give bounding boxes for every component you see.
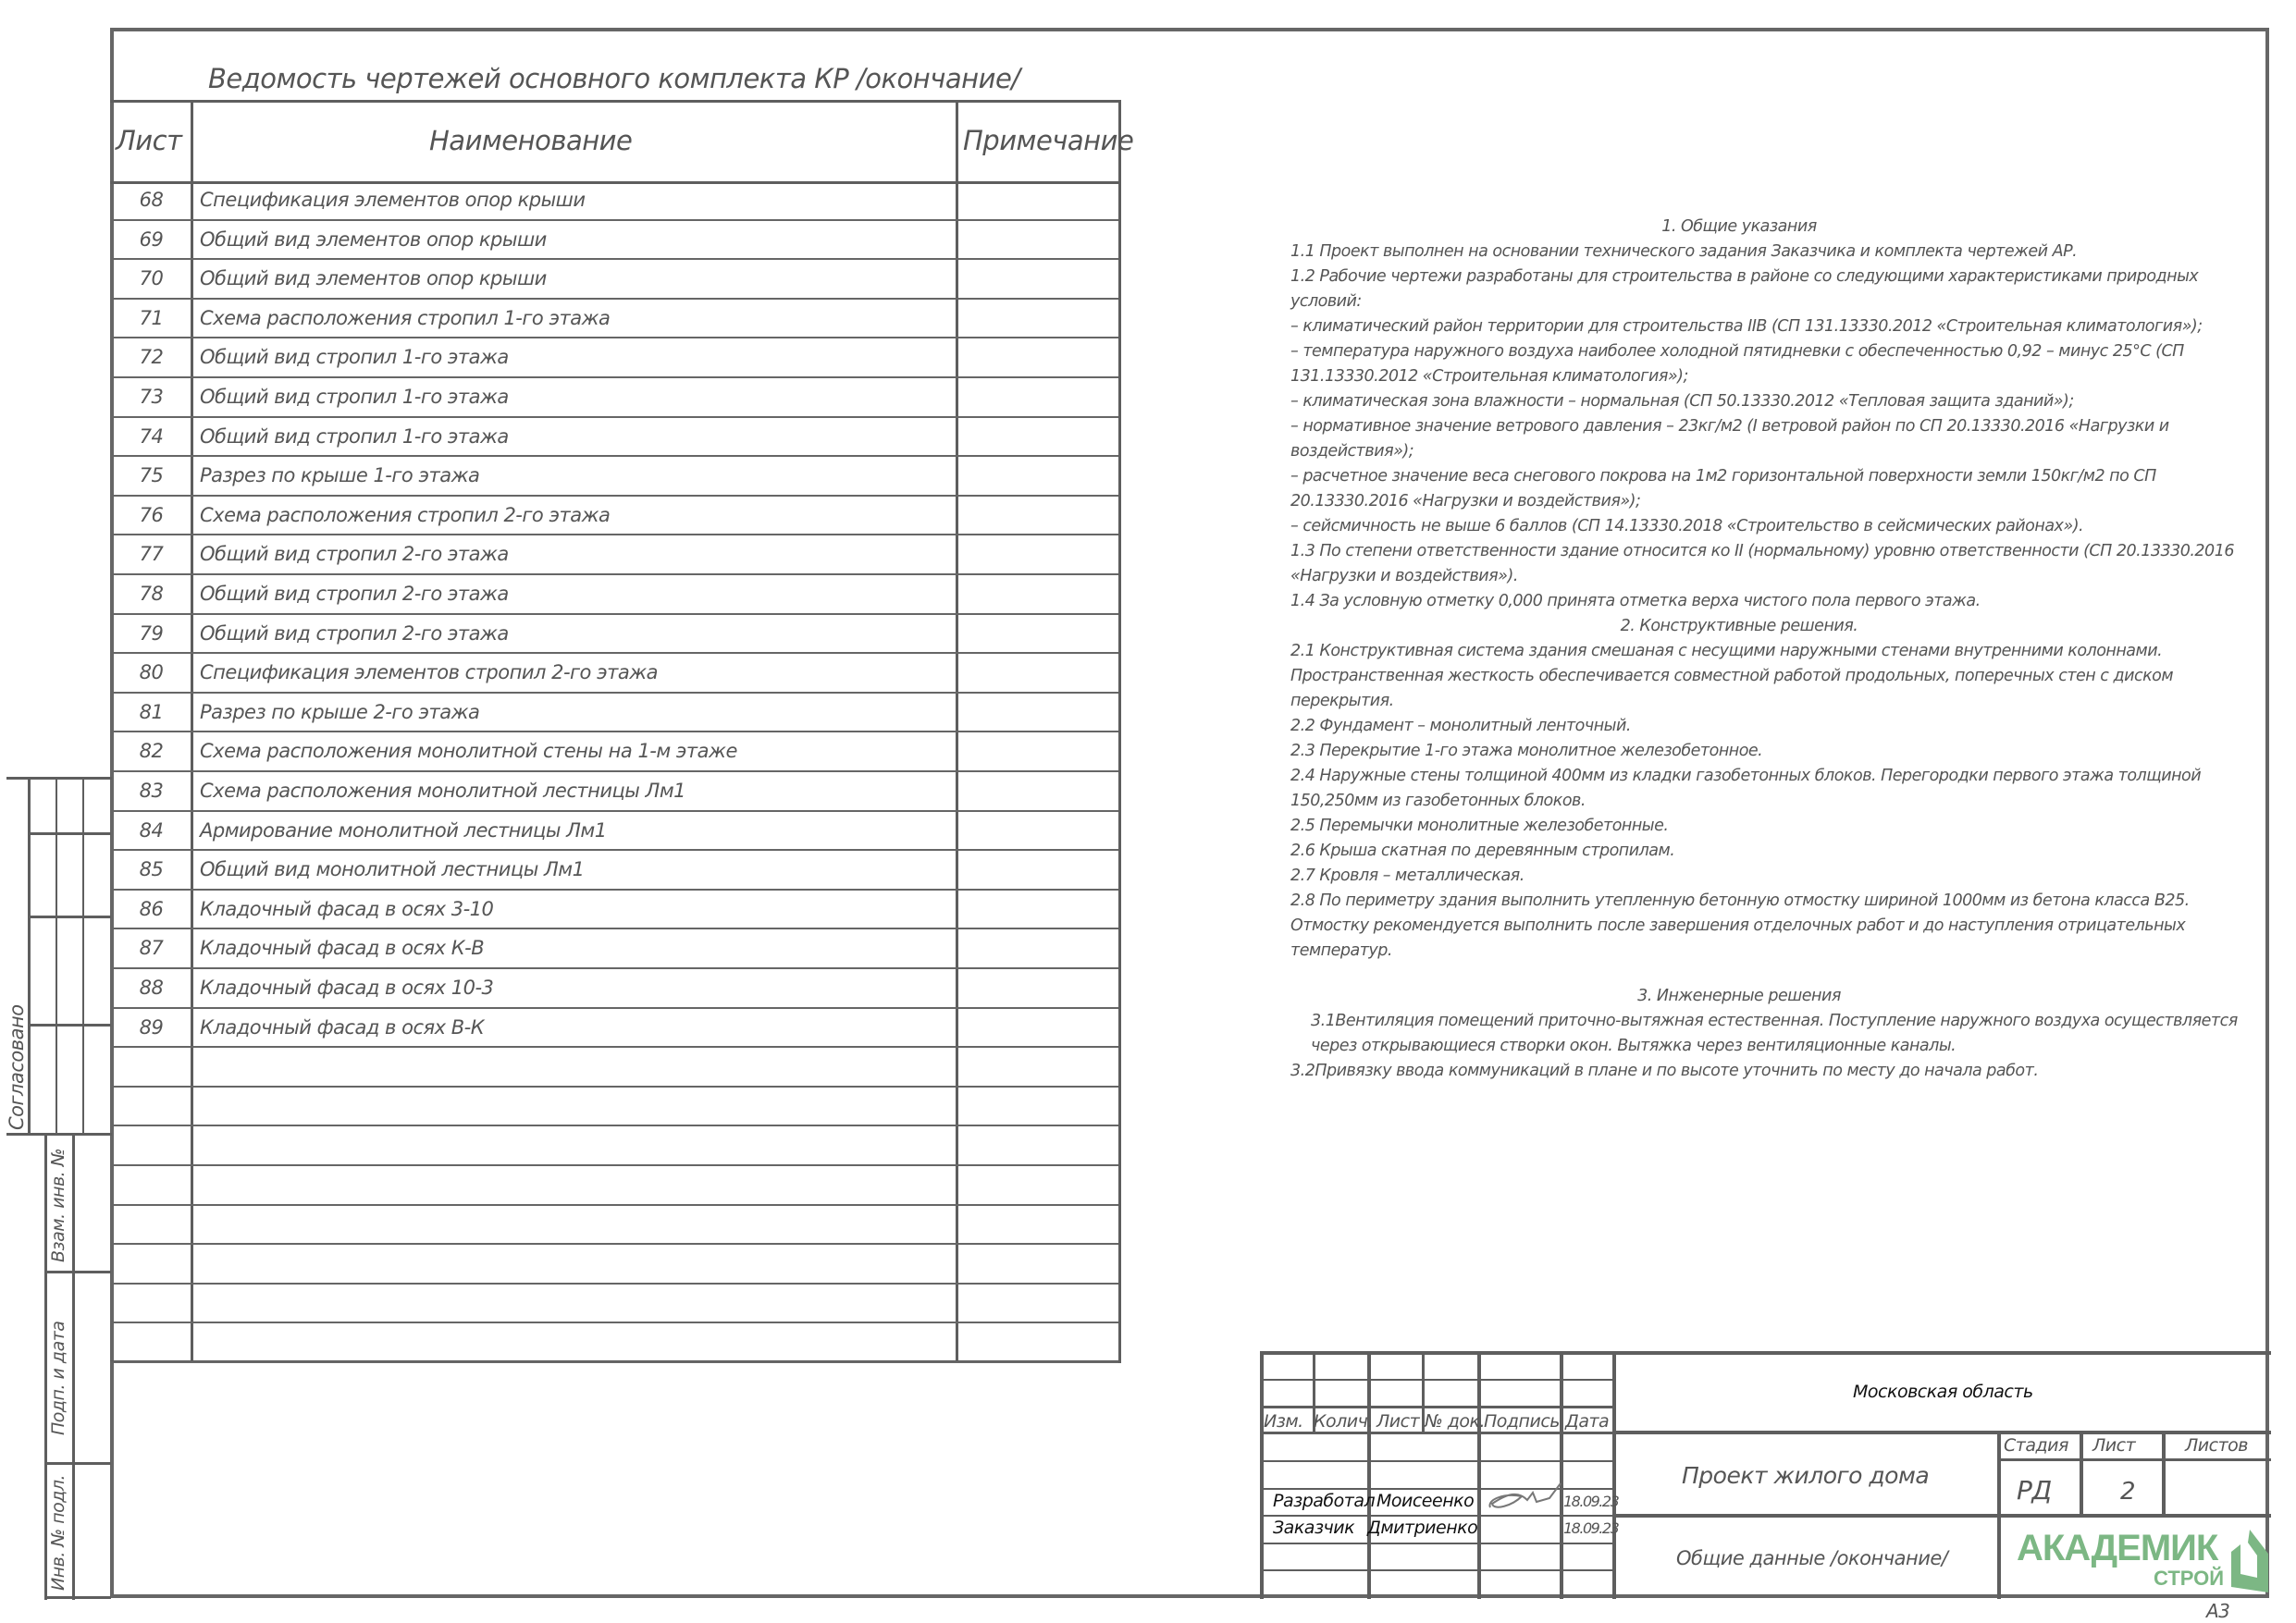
drawing-name: Армирование монолитной лестницы Лм1	[200, 819, 607, 842]
notes-paragraph: 3.1Вентиляция помещений приточно-вытяжна…	[1290, 1009, 2262, 1059]
sheet-number: 71	[110, 307, 192, 329]
sheet-number: 89	[110, 1016, 192, 1039]
notes-paragraph: – температура наружного воздуха наиболее…	[1290, 339, 2262, 389]
table-row: 84Армирование монолитной лестницы Лм1	[110, 812, 1118, 852]
table-row: 83Схема расположения монолитной лестницы…	[110, 772, 1118, 812]
sheet-number: 87	[110, 937, 192, 959]
drawing-name: Схема расположения монолитной лестницы Л…	[200, 780, 685, 802]
drawing-name: Общий вид стропил 2-го этажа	[200, 543, 509, 565]
drawing-name: Общий вид стропил 1-го этажа	[200, 346, 509, 368]
tb-header-date: Дата	[1565, 1411, 1609, 1432]
notes-paragraph: 1.4 За условную отметку 0,000 принята от…	[1290, 589, 2262, 614]
notes-paragraph	[1290, 964, 2262, 984]
notes-paragraph: – нормативное значение ветрового давлени…	[1290, 414, 2262, 464]
notes-paragraph: – расчетное значение веса снегового покр…	[1290, 464, 2262, 514]
table-row	[110, 1245, 1118, 1285]
sheet-value: 2	[2120, 1478, 2135, 1506]
notes-section-heading: 1. Общие указания	[1290, 215, 2262, 240]
notes-paragraph: 1.2 Рабочие чертежи разработаны для стро…	[1290, 264, 2262, 314]
table-row: 85Общий вид монолитной лестницы Лм1	[110, 851, 1118, 891]
sheet-number: 82	[110, 740, 192, 762]
drawing-name: Спецификация элементов опор крыши	[200, 189, 586, 211]
sheet-number: 88	[110, 977, 192, 999]
table-row: 72Общий вид стропил 1-го этажа	[110, 338, 1118, 378]
table-row: 88Кладочный фасад в осях 10-3	[110, 969, 1118, 1009]
drawing-name: Кладочный фасад в осях 3-10	[200, 898, 493, 920]
sheet-number: 84	[110, 819, 192, 842]
table-row	[110, 1126, 1118, 1166]
sheet-number: 78	[110, 583, 192, 605]
notes-paragraph: 2.4 Наружные стены толщиной 400мм из кла…	[1290, 764, 2262, 814]
drawing-name: Разрез по крыше 2-го этажа	[200, 701, 479, 723]
table-row: 87Кладочный фасад в осях К-В	[110, 929, 1118, 969]
sheet-number: 68	[110, 189, 192, 211]
customer-name: Дмитриенко	[1367, 1518, 1477, 1538]
table-row	[110, 1088, 1118, 1127]
notes-paragraph: 1.3 По степени ответственности здание от…	[1290, 539, 2262, 589]
table-row	[110, 1206, 1118, 1246]
table-row: 80Спецификация элементов стропил 2-го эт…	[110, 654, 1118, 694]
drawing-name: Схема расположения стропил 1-го этажа	[200, 307, 610, 329]
table-row	[110, 1166, 1118, 1206]
company-logo: АКАДЕМИК СТРОЙ	[2017, 1526, 2266, 1595]
notes-paragraph: 3.2Привязку ввода коммуникаций в плане и…	[1290, 1059, 2262, 1084]
drawing-name: Кладочный фасад в осях 10-3	[200, 977, 493, 999]
sheet-number: 73	[110, 386, 192, 408]
tb-header-sheet: Лист	[1376, 1411, 1419, 1432]
developer-role: Разработал	[1273, 1491, 1375, 1511]
location: Московская область	[1853, 1382, 2033, 1402]
table-row: 68Спецификация элементов опор крыши	[110, 181, 1118, 221]
notes-paragraph: 1.1 Проект выполнен на основании техниче…	[1290, 240, 2262, 264]
tb-header-change: Изм.	[1264, 1411, 1303, 1432]
stage-label: Стадия	[2004, 1435, 2068, 1456]
inv-orig-label: Инв. № подл.	[48, 1475, 68, 1591]
sheet-number: 69	[110, 228, 192, 251]
sheet-number: 79	[110, 622, 192, 645]
table-row: 73Общий вид стропил 1-го этажа	[110, 378, 1118, 418]
drawing-name: Общий вид элементов опор крыши	[200, 267, 547, 289]
sheet-title: Ведомость чертежей основного комплекта К…	[208, 63, 1020, 94]
sheet-number: 72	[110, 346, 192, 368]
header-note: Примечание	[963, 125, 1133, 156]
header-sheet: Лист	[116, 125, 182, 156]
project-name: Проект жилого дома	[1682, 1462, 1929, 1489]
notes-paragraph: – климатический район территории для стр…	[1290, 314, 2262, 339]
drawing-name: Схема расположения стропил 2-го этажа	[200, 504, 610, 526]
developer-date: 18.09.23	[1563, 1493, 1618, 1510]
drawing-name: Общий вид стропил 2-го этажа	[200, 583, 509, 605]
drawing-name: Общий вид элементов опор крыши	[200, 228, 547, 251]
table-row: 71Схема расположения стропил 1-го этажа	[110, 300, 1118, 339]
drawing-name: Кладочный фасад в осях К-В	[200, 937, 484, 959]
developer-name: Моисеенко	[1376, 1491, 1474, 1511]
notes-paragraph: 2.5 Перемычки монолитные железобетонные.	[1290, 814, 2262, 839]
sheet-number: 76	[110, 504, 192, 526]
sheet-number: 83	[110, 780, 192, 802]
notes-paragraph: 2.8 По периметру здания выполнить утепле…	[1290, 889, 2262, 964]
table-row: 89Кладочный фасад в осях В-К	[110, 1009, 1118, 1049]
table-row: 82Схема расположения монолитной стены на…	[110, 732, 1118, 772]
sheet-number: 81	[110, 701, 192, 723]
notes-section-heading: 3. Инженерные решения	[1290, 984, 2262, 1009]
general-notes: 1. Общие указания1.1 Проект выполнен на …	[1290, 215, 2262, 1084]
table-row: 69Общий вид элементов опор крыши	[110, 221, 1118, 261]
paper-format: А3	[2206, 1600, 2229, 1622]
logo-text-sub: СТРОЙ	[2154, 1567, 2224, 1591]
notes-paragraph: 2.7 Кровля – металлическая.	[1290, 864, 2262, 889]
drawing-name: Разрез по крыше 1-го этажа	[200, 464, 479, 486]
drawing-name: Общий вид стропил 2-го этажа	[200, 622, 509, 645]
drawing-name: Кладочный фасад в осях В-К	[200, 1016, 484, 1039]
table-row: 76Схема расположения стропил 2-го этажа	[110, 497, 1118, 536]
logo-text-main: АКАДЕМИК	[2017, 1528, 2217, 1569]
notes-paragraph: 2.1 Конструктивная система здания смешан…	[1290, 639, 2262, 714]
notes-paragraph: 2.2 Фундамент – монолитный ленточный.	[1290, 714, 2262, 739]
notes-paragraph: – климатическая зона влажности – нормаль…	[1290, 389, 2262, 414]
notes-section-heading: 2. Конструктивные решения.	[1290, 614, 2262, 639]
notes-paragraph: – сейсмичность не выше 6 баллов (СП 14.1…	[1290, 514, 2262, 539]
drawing-name: Общий вид стропил 1-го этажа	[200, 386, 509, 408]
table-header: Лист Наименование Примечание	[110, 103, 1118, 184]
sheet-number: 80	[110, 661, 192, 683]
sheet-name: Общие данные /окончание/	[1676, 1547, 1947, 1569]
sheet-number: 85	[110, 858, 192, 880]
drawing-name: Общий вид стропил 1-го этажа	[200, 425, 509, 448]
tb-header-signature: Подпись	[1484, 1411, 1560, 1432]
table-row	[110, 1285, 1118, 1324]
table-row	[110, 1048, 1118, 1088]
sheet-number: 77	[110, 543, 192, 565]
notes-paragraph: 2.3 Перекрытие 1-го этажа монолитное жел…	[1290, 739, 2262, 764]
tb-header-qty: Колич.	[1314, 1411, 1373, 1432]
table-row: 78Общий вид стропил 2-го этажа	[110, 575, 1118, 615]
replace-inv-label: Взам. инв. №	[48, 1149, 68, 1262]
table-row: 75Разрез по крыше 1-го этажа	[110, 457, 1118, 497]
drawing-name: Схема расположения монолитной стены на 1…	[200, 740, 737, 762]
sheet-label: Лист	[2092, 1435, 2135, 1456]
logo-house-icon	[2228, 1528, 2270, 1594]
table-row: 74Общий вид стропил 1-го этажа	[110, 418, 1118, 458]
header-name: Наименование	[429, 125, 632, 156]
sign-date-label: Подп. и дата	[48, 1322, 68, 1435]
notes-paragraph: 2.6 Крыша скатная по деревянным стропила…	[1290, 839, 2262, 864]
stage-value: РД	[2017, 1475, 2052, 1506]
approved-label: Согласовано	[6, 1004, 28, 1130]
table-row: 86Кладочный фасад в осях 3-10	[110, 891, 1118, 930]
table-row: 77Общий вид стропил 2-го этажа	[110, 535, 1118, 575]
sheet-number: 70	[110, 267, 192, 289]
customer-role: Заказчик	[1273, 1518, 1354, 1538]
signature-icon	[1485, 1480, 1568, 1517]
sheet-number: 74	[110, 425, 192, 448]
customer-date: 18.09.23	[1563, 1519, 1618, 1537]
drawing-name: Общий вид монолитной лестницы Лм1	[200, 858, 584, 880]
table-row: 79Общий вид стропил 2-го этажа	[110, 615, 1118, 655]
tb-header-docno: № док.	[1425, 1411, 1485, 1432]
sheets-label: Листов	[2185, 1435, 2248, 1456]
sheet-number: 75	[110, 464, 192, 486]
table-row	[110, 1323, 1118, 1363]
table-row: 70Общий вид элементов опор крыши	[110, 260, 1118, 300]
sheet-number: 86	[110, 898, 192, 920]
drawing-name: Спецификация элементов стропил 2-го этаж…	[200, 661, 658, 683]
drawing-register-table: Лист Наименование Примечание 68Специфика…	[110, 100, 1121, 1363]
table-row: 81Разрез по крыше 2-го этажа	[110, 694, 1118, 733]
